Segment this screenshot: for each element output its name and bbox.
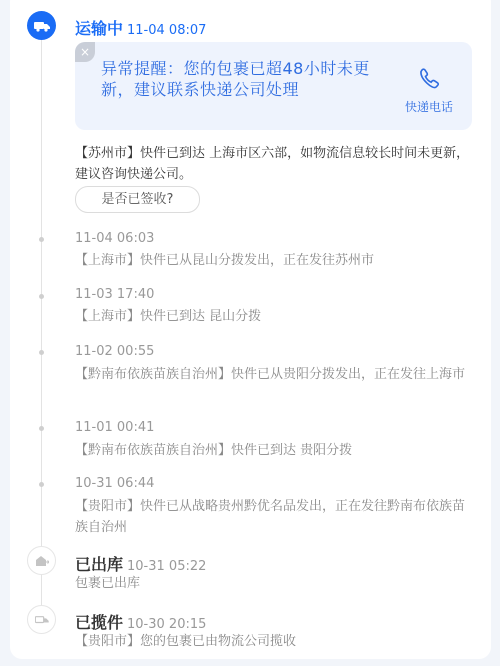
- timeline-dot: [39, 482, 44, 487]
- timeline-dot: [39, 237, 44, 242]
- courier-call-label: 快递电话: [400, 98, 458, 115]
- event-time: 11-01 00:41: [75, 420, 154, 435]
- milestone-time: 10-31 05:22: [127, 559, 206, 574]
- milestone-status: 已出库: [75, 555, 123, 574]
- milestone-text: 包裹已出库: [75, 573, 470, 594]
- truck-icon: [27, 605, 56, 634]
- timeline-dot: [39, 294, 44, 299]
- current-status: 运输中: [75, 19, 123, 38]
- timeline-line: [41, 30, 42, 620]
- phone-icon: [417, 66, 441, 92]
- milestone-status: 已揽件: [75, 613, 123, 632]
- event-time: 11-02 00:55: [75, 344, 154, 359]
- warehouse-out-icon: [27, 546, 56, 575]
- confirm-signed-button[interactable]: 是否已签收?: [75, 186, 200, 213]
- milestone-text: 【贵阳市】您的包裹已由物流公司揽收: [75, 631, 470, 652]
- truck-icon: [27, 11, 56, 40]
- event-text: 【黔南布依族苗族自治州】快件已从贵阳分拨发出，正在发往上海市: [75, 364, 470, 385]
- current-status-heading: 运输中11-04 08:07: [75, 16, 206, 39]
- event-text: 【上海市】快件已到达 昆山分拨: [75, 306, 470, 327]
- timeline-dot: [39, 350, 44, 355]
- timeline-dot: [39, 426, 44, 431]
- event-text: 【黔南布依族苗族自治州】快件已到达 贵阳分拨: [75, 440, 470, 461]
- event-text: 【贵阳市】快件已从战略贵州黔优名品发出，正在发往黔南布依族苗族自治州: [75, 496, 470, 538]
- event-time: 11-04 06:03: [75, 231, 154, 246]
- exception-alert: × 异常提醒：您的包裹已超48小时未更新，建议联系快递公司处理 快递电话: [75, 42, 472, 130]
- courier-call-button[interactable]: 快递电话: [400, 66, 458, 115]
- event-time: 11-03 17:40: [75, 287, 154, 302]
- milestone-heading: 已出库10-31 05:22: [75, 552, 206, 575]
- milestone-heading: 已揽件10-30 20:15: [75, 610, 206, 633]
- alert-text: 异常提醒：您的包裹已超48小时未更新，建议联系快递公司处理: [101, 58, 401, 100]
- milestone-time: 10-30 20:15: [127, 617, 206, 632]
- current-time: 11-04 08:07: [127, 23, 206, 38]
- event-time: 10-31 06:44: [75, 476, 154, 491]
- current-description: 【苏州市】快件已到达 上海市区六部，如物流信息较长时间未更新，建议咨询快递公司。: [75, 143, 470, 185]
- event-text: 【上海市】快件已从昆山分拨发出，正在发往苏州市: [75, 250, 470, 271]
- close-icon[interactable]: ×: [75, 42, 95, 62]
